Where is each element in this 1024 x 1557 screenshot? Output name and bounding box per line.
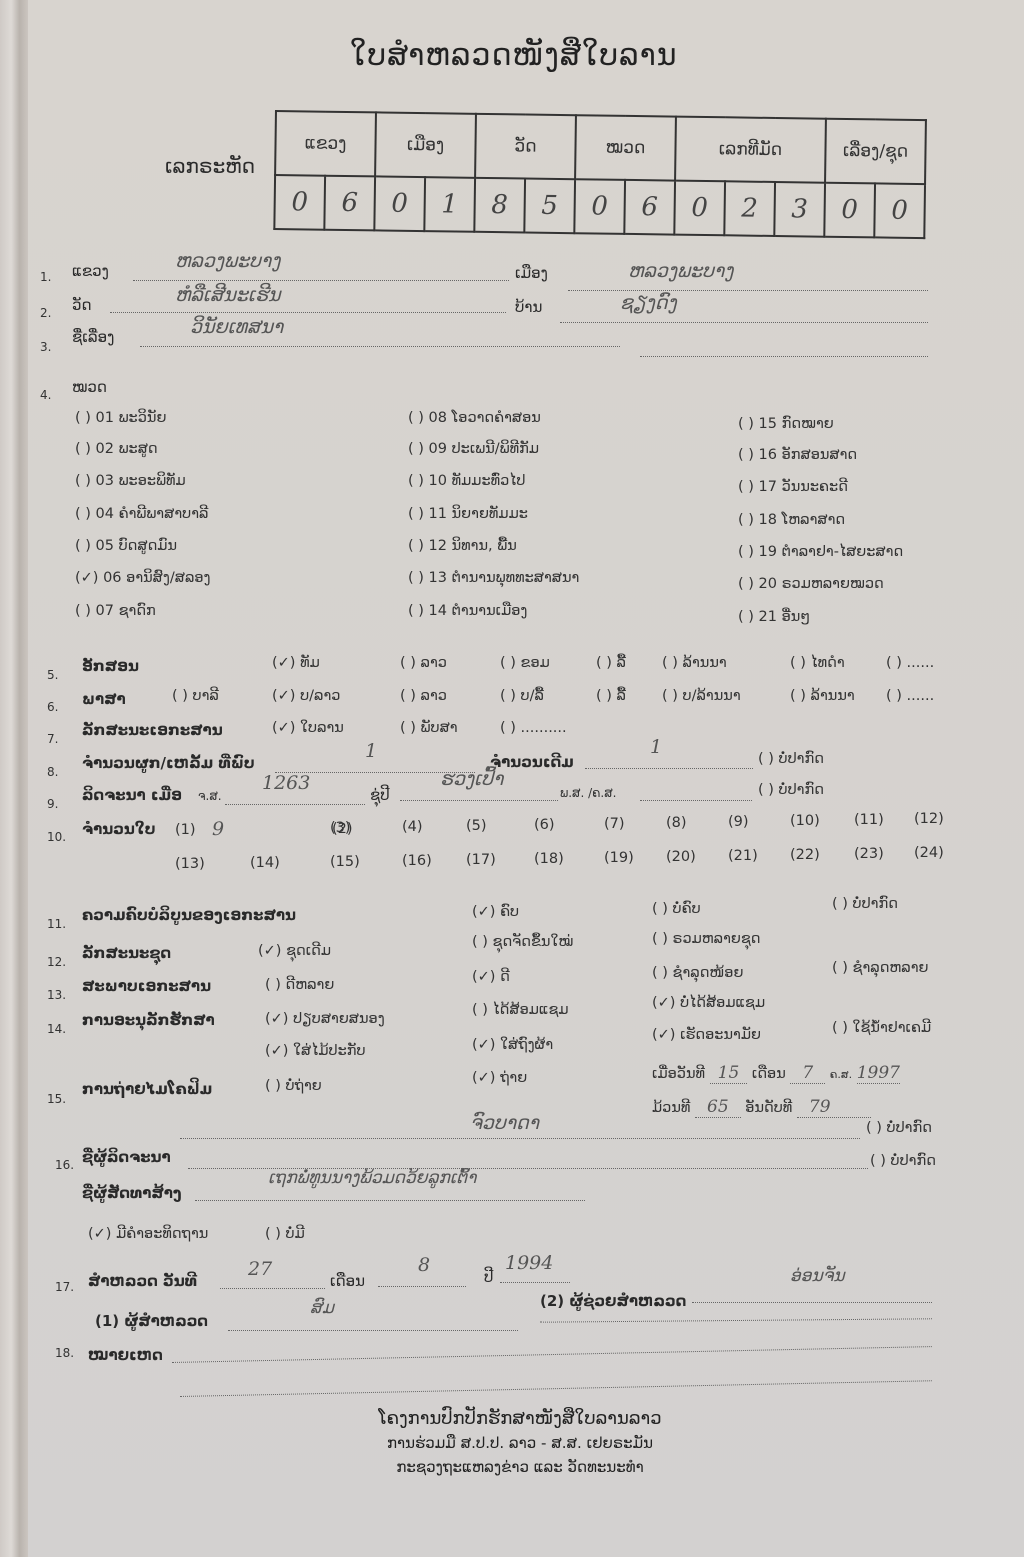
field-number: 2. [40, 306, 51, 320]
option-label: 06 ອານິສົງ/ສລອງ [103, 570, 210, 586]
district-value[interactable]: ຫລວງພະບາງ [628, 260, 733, 282]
option-label: 13 ຕຳນານພຸທທະສາສນາ [429, 570, 580, 586]
checkbox-option[interactable]: ( ) ບໍ່ຖ່າຍ [265, 1078, 322, 1094]
option-label: 10 ທັມມະທົ່ວໄປ [429, 473, 526, 489]
checked-box-icon[interactable]: (✓) [652, 1027, 680, 1043]
survey-month[interactable]: 8 [418, 1254, 430, 1276]
checkbox-option[interactable]: ( ) ລ້ານນາ [662, 655, 727, 671]
field-number: 5. [47, 668, 58, 682]
option-label: 17 ວັນນະຄະດີ [759, 479, 848, 495]
checkbox-option[interactable]: ( ) 10 ທັມມະທົ່ວໄປ [408, 473, 525, 489]
option-label: ຊຸດເດີມ [286, 943, 331, 959]
empty-box-icon[interactable]: ( ) [790, 655, 811, 671]
leaf-slot[interactable]: (20) [666, 849, 696, 865]
leaf-slot[interactable]: (7) [604, 816, 625, 832]
code-digit[interactable]: 0 [374, 176, 425, 231]
empty-box-icon[interactable]: ( ) [75, 603, 96, 619]
option-label: 09 ປະເພນີ/ພິທີກັມ [429, 441, 539, 457]
checkbox-option[interactable]: ( ) ໃຊ້ນ້ຳຢາເຄມີ [832, 1020, 931, 1036]
checkbox-option[interactable]: ( ) 09 ປະເພນີ/ພິທີກັມ [408, 441, 539, 457]
checkbox-option[interactable]: ( ) 14 ຕຳນານເມືອງ [408, 603, 527, 619]
empty-box-icon[interactable]: ( ) [596, 655, 617, 671]
option-label: ເຮັດອະນາມັຍ [680, 1027, 761, 1043]
empty-box-icon[interactable]: ( ) [738, 416, 759, 432]
empty-box-icon[interactable]: ( ) [75, 410, 96, 426]
checked-box-icon[interactable]: (✓) [472, 1070, 500, 1086]
province-value[interactable]: ຫລວງພະບາງ [175, 250, 280, 272]
option-label: ບ/ລາວ [300, 688, 340, 704]
option-label: 11 ນິຍາຍທັມມະ [429, 506, 528, 522]
field-number: 8. [47, 765, 58, 779]
sponsor-label: ຊື່ຜູ້ສັດທາສ້າງ [82, 1184, 182, 1202]
not-shown-option-16a[interactable]: ( ) ບໍ່ປາກົດ [866, 1120, 932, 1136]
code-digit[interactable]: 6 [624, 180, 675, 235]
field-number: 13. [47, 988, 66, 1002]
empty-box-icon[interactable]: ( ) [265, 1078, 286, 1094]
written-year-value[interactable]: 1263 [262, 772, 310, 794]
script-label: ອັກສອນ [82, 657, 139, 675]
empty-box-icon[interactable]: ( ) [738, 576, 759, 592]
dotted-line [640, 356, 928, 357]
empty-box-icon[interactable]: ( ) [738, 479, 759, 495]
empty-box-icon[interactable]: ( ) [738, 512, 759, 528]
checked-box-icon[interactable]: (✓) [265, 1043, 293, 1059]
option-label: ຄົບ [500, 904, 519, 920]
option-label: ພັບສາ [421, 720, 458, 736]
empty-box-icon[interactable]: ( ) [400, 655, 421, 671]
date-label: ເມື່ອວັນທີ [652, 1066, 705, 1082]
checkbox-option[interactable]: ( ) .......... [500, 720, 567, 736]
checkbox-option[interactable]: ( ) ຊຳລຸດໜ້ອຍ [652, 965, 743, 981]
option-label: ບໍ່ຖ່າຍ [286, 1078, 322, 1094]
empty-box-icon[interactable]: ( ) [75, 473, 96, 489]
empty-box-icon[interactable]: ( ) [662, 655, 683, 671]
option-label: ບໍ່ຄົບ [673, 901, 701, 917]
registration-number-label: ເລກຣະຫັດ [165, 154, 255, 178]
field-number: 15. [47, 1092, 66, 1106]
option-label: ລື້ [617, 655, 626, 671]
checkbox-option[interactable]: (✓) ດີ [472, 969, 510, 985]
checkbox-option[interactable]: ( ) ລື້ [596, 655, 626, 671]
checkbox-option[interactable]: ( ) ບໍ່ຄົບ [652, 901, 701, 917]
checkbox-option[interactable]: ( ) ພັບສາ [400, 720, 458, 736]
empty-box-icon[interactable]: ( ) [652, 965, 673, 981]
year-label: ຄ.ສ. [830, 1068, 852, 1081]
footer-project: ໂຄງການປົກປັກຮັກສາໜັງສືໃບລານລາວ [270, 1408, 770, 1429]
completeness-label: ຄວາມຄົບບໍລິບູນຂອງເອກະສານ [82, 906, 296, 924]
doc-type-label: ລັກສະນະເອກະສານ [82, 721, 223, 739]
sponsor-value[interactable]: ເຖກພໍ່ທູນນາງພ້ວມດວ້ຍລູກເຕົ້າ [268, 1168, 476, 1188]
checkbox-option[interactable]: ( ) 19 ຕຳລາຢາ-ໄສຍະສາດ [738, 544, 903, 560]
checkbox-option[interactable]: ( ) ...... [886, 655, 934, 671]
dotted-line [140, 346, 620, 347]
checkbox-option[interactable]: ( ) 12 ນິທານ, ພື້ນ [408, 538, 517, 554]
microfilm-month[interactable]: 7 [790, 1063, 825, 1084]
empty-box-icon[interactable]: ( ) [832, 1020, 853, 1036]
checkbox-option[interactable]: ( ) ລາວ [400, 655, 447, 671]
category-label: ໝວດ [72, 378, 107, 396]
checkbox-option[interactable]: (✓) ໃສ່ຖົງຜ້າ [472, 1037, 553, 1053]
option-label: ໃບລານ [300, 720, 344, 736]
order-label: ອັນດັບທີ [745, 1100, 792, 1116]
empty-box-icon[interactable]: ( ) [596, 688, 617, 704]
empty-box-icon[interactable]: ( ) [265, 1226, 286, 1242]
original-count-value[interactable]: 1 [650, 736, 662, 758]
empty-box-icon[interactable]: ( ) [500, 720, 521, 736]
option-label: ມີຄຳອະທິດຖານ [116, 1226, 208, 1242]
title-value[interactable]: ວິນັຍເທສນາ [190, 316, 283, 338]
not-shown-label: ບໍ່ປາກົດ [779, 751, 824, 767]
field-number: 3. [40, 340, 51, 354]
empty-box-icon[interactable]: ( ) [886, 655, 907, 671]
checkbox-option[interactable]: ( ) 07 ຊາດົກ [75, 603, 156, 619]
option-label: ບໍ່ມີ [286, 1226, 305, 1242]
code-digit[interactable]: 0 [574, 179, 625, 234]
empty-box-icon[interactable]: ( ) [472, 934, 493, 950]
field-number: 14. [47, 1022, 66, 1036]
dotted-line [400, 800, 558, 801]
microfilm-day[interactable]: 15 [710, 1063, 748, 1084]
option-label: 15 ກົດໝາຍ [759, 416, 834, 432]
not-shown-label: ບໍ່ປາກົດ [779, 782, 824, 798]
option-label: ຖ່າຍ [500, 1070, 527, 1086]
checkbox-option[interactable]: (✓) ຖ່າຍ [472, 1070, 527, 1086]
not-shown-label: ບໍ່ປາກົດ [891, 1153, 936, 1169]
option-label: 19 ຕຳລາຢາ-ໄສຍະສາດ [759, 544, 904, 560]
code-digit[interactable]: 0 [674, 181, 725, 236]
option-label: ໄທດຳ [811, 655, 845, 671]
option-label: ລາວ [421, 688, 447, 704]
checkbox-option[interactable]: ( ) 11 ນິຍາຍທັມມະ [408, 506, 528, 522]
checked-box-icon[interactable]: (✓) [272, 688, 300, 704]
leaf-slot[interactable]: (19) [604, 850, 634, 866]
empty-box-icon[interactable]: ( ) [408, 441, 429, 457]
option-label: 14 ຕຳນານເມືອງ [429, 603, 528, 619]
checkbox-option[interactable]: (✓) ທັມ [272, 655, 320, 671]
order-value[interactable]: 79 [797, 1097, 871, 1118]
surveyor-label: (1) ຜູ້ສຳຫລວດ [95, 1312, 208, 1330]
leaf-slot[interactable]: (11) [854, 812, 884, 828]
option-label: ຊຳລຸດຫລາຍ [853, 960, 929, 976]
dotted-line [228, 1330, 518, 1331]
microfilm-label: ການຖ່າຍໄມໂຄຟິມ [82, 1080, 212, 1098]
field-number: 7. [47, 732, 58, 746]
code-digit[interactable]: 0 [274, 175, 325, 230]
field-number: 6. [47, 700, 58, 714]
empty-box-icon[interactable]: ( ) [832, 896, 853, 912]
code-digit[interactable]: 0 [874, 183, 925, 238]
empty-box-icon[interactable]: ( ) [652, 931, 673, 947]
field-number: 18. [55, 1346, 74, 1360]
checked-box-icon[interactable]: (✓) [652, 995, 680, 1011]
leaf-slot[interactable]: (17) [466, 852, 496, 868]
code-header-row: ແຂວງ ເມືອງ ວັດ ໝວດ ເລກທີມັດ ເລື່ອງ/ຊຸດ [275, 111, 926, 184]
empty-box-icon[interactable]: ( ) [408, 570, 429, 586]
checkbox-option[interactable]: ( ) 15 ກົດໝາຍ [738, 416, 834, 432]
code-digit-row: 0 6 0 1 8 5 0 6 0 2 3 0 0 [274, 175, 925, 238]
option-label: 01 ພະວິນັຍ [96, 410, 167, 426]
code-digit[interactable]: 8 [474, 178, 525, 233]
leaf-count-value[interactable]: 9 [212, 818, 224, 840]
microfilm-reel: ມ້ວນທີ 65 ອັນດັບທີ 79 [652, 1097, 871, 1117]
code-header-province: ແຂວງ [275, 111, 376, 176]
leaf-slot[interactable]: (18) [534, 851, 564, 867]
not-shown-option-16b[interactable]: ( ) ບໍ່ປາກົດ [870, 1153, 936, 1169]
empty-box-icon[interactable]: ( ) [408, 410, 429, 426]
empty-box-icon[interactable]: ( ) [738, 447, 759, 463]
checkbox-option[interactable]: ( ) ບ/ລື້ [500, 688, 544, 704]
dotted-line [500, 1282, 570, 1283]
option-label: ຊຸດຈັດຂຶ້ນໃໝ່ [493, 934, 574, 950]
year-name-label: ຊຸ່ປີ [370, 786, 390, 804]
option-label: 20 ຣວມຫລາຍໝວດ [759, 576, 884, 592]
checkbox-option[interactable]: ( ) ບໍ່ມີ [265, 1226, 305, 1242]
survey-year-label: ປີ [484, 1268, 493, 1286]
empty-box-icon[interactable]: ( ) [662, 688, 683, 704]
empty-box-icon[interactable]: ( ) [265, 977, 286, 993]
checkbox-option[interactable]: (✓) 06 ອານິສົງ/ສລອງ [75, 570, 211, 586]
empty-box-icon[interactable]: ( ) [886, 688, 907, 704]
empty-box-icon[interactable]: ( ) [500, 655, 521, 671]
leaf-slot[interactable]: (16) [402, 853, 432, 869]
not-shown-option-8[interactable]: ( ) ບໍ່ປາກົດ [758, 751, 824, 767]
month-label: ເດືອນ [752, 1066, 786, 1082]
option-label: ຂອມ [521, 655, 550, 671]
leaf-slot[interactable]: (24) [914, 845, 944, 861]
empty-box-icon[interactable]: ( ) [652, 901, 673, 917]
option-label: 18 ໂຫລາສາດ [759, 512, 846, 528]
leaf-slot[interactable]: (21) [728, 848, 758, 864]
reel-value[interactable]: 65 [695, 1097, 741, 1118]
leaf-slot[interactable]: (14) [250, 855, 280, 871]
temple-label: ວັດ [72, 296, 92, 314]
option-label: ບໍ່ປາກົດ [853, 896, 898, 912]
leaf-slot[interactable]: (3) [330, 820, 351, 836]
checkbox-option[interactable]: ( ) ຣວມຫລາຍຊຸດ [652, 931, 761, 947]
option-label: ໃສ່ຖົງຜ້າ [500, 1037, 553, 1053]
scribe-value[interactable]: ຈົວບາດາ [470, 1112, 539, 1134]
option-label: ...... [907, 655, 935, 671]
option-label: ບ/ລື້ [521, 688, 544, 704]
empty-box-icon[interactable]: ( ) [75, 506, 96, 522]
leaf-slot[interactable]: (15) [330, 854, 360, 870]
empty-box-icon[interactable]: ( ) [472, 1002, 493, 1018]
survey-year[interactable]: 1994 [505, 1252, 553, 1274]
code-digit[interactable]: 3 [774, 182, 825, 237]
empty-box-icon[interactable]: ( ) [738, 544, 759, 560]
checked-box-icon[interactable]: (✓) [472, 969, 500, 985]
checked-box-icon[interactable]: (✓) [88, 1226, 116, 1242]
temple-value[interactable]: ຫໍລືເສີນະເຮີນ [175, 284, 281, 306]
leaf-slot[interactable]: (10) [790, 813, 820, 829]
code-digit[interactable]: 2 [724, 181, 775, 236]
form-title: ໃບສຳຫລວດໜັງສືໃບລານ [350, 38, 678, 73]
leaf-count-label: ຈຳນວນໃບ [82, 820, 156, 838]
option-label: 07 ຊາດົກ [96, 603, 156, 619]
checkbox-option[interactable]: ( ) ບ/ລ້ານນາ [662, 688, 741, 704]
checked-box-icon[interactable]: (✓) [265, 1011, 293, 1027]
checkbox-option[interactable]: ( ) 02 ພະສູດ [75, 441, 158, 457]
checkbox-option[interactable]: ( ) 13 ຕຳນານພຸທທະສາສນາ [408, 570, 579, 586]
empty-box-icon[interactable]: ( ) [172, 688, 193, 704]
empty-box-icon[interactable]: ( ) [400, 720, 421, 736]
option-label: ລ້ານນາ [811, 688, 855, 704]
field-number: 11. [47, 917, 66, 931]
checked-box-icon[interactable]: (✓) [258, 943, 286, 959]
option-label: 08 ໂອວາດຄຳສອນ [429, 410, 541, 426]
checkbox-option[interactable]: ( ) 18 ໂຫລາສາດ [738, 512, 845, 528]
dotted-line [585, 768, 753, 769]
empty-box-icon[interactable]: ( ) [500, 688, 521, 704]
village-value[interactable]: ຊຽງດົງ [620, 292, 677, 314]
checkbox-option[interactable]: ( ) ໄດ້ສ້ອມແຊມ [472, 1002, 569, 1018]
option-label: ບາລີ [193, 688, 219, 704]
field-number: 17. [55, 1280, 74, 1294]
code-header-title: ເລື່ອງ/ຊຸດ [825, 119, 926, 184]
checkbox-option[interactable]: ( ) ລື້ [596, 688, 626, 704]
year-name-value[interactable]: ຮວງເປົ້າ [440, 768, 503, 790]
checkbox-option[interactable]: ( ) 20 ຣວມຫລາຍໝວດ [738, 576, 884, 592]
leaf-slot[interactable]: (6) [534, 817, 555, 833]
checked-box-icon[interactable]: (✓) [472, 1037, 500, 1053]
dotted-line [195, 1200, 585, 1201]
checked-box-icon[interactable]: (✓) [272, 720, 300, 736]
leaf-slot[interactable]: (9) [728, 814, 749, 830]
dotted-line [110, 312, 506, 313]
checkbox-option[interactable]: ( ) ລ້ານນາ [790, 688, 855, 704]
option-label: ລາວ [421, 655, 447, 671]
assistant-label: (2) ຜູ້ຊ່ວຍສຳຫລວດ [540, 1292, 686, 1310]
option-label: ດີຫລາຍ [286, 977, 335, 993]
leaf-slot[interactable]: (12) [914, 811, 944, 827]
option-label: ...... [907, 688, 935, 704]
assistant-value[interactable]: ອ່ອນຈັນ [790, 1266, 845, 1286]
code-header-bundle: ເລກທີມັດ [675, 117, 826, 183]
field-number: 9. [47, 797, 58, 811]
era-label: ຈ.ສ. [198, 789, 222, 803]
checkbox-option[interactable]: (✓) ເຮັດອະນາມັຍ [652, 1027, 761, 1043]
leaf-slot[interactable]: (22) [790, 847, 820, 863]
checkbox-option[interactable]: ( ) ຂອມ [500, 655, 550, 671]
set-type-label: ລັກສະນະຊຸດ [82, 944, 171, 962]
option-label: ບ/ລ້ານນາ [683, 688, 741, 704]
empty-box-icon[interactable]: ( ) [408, 506, 429, 522]
empty-box-icon[interactable]: ( ) [408, 538, 429, 554]
checkbox-option[interactable]: ( ) ...... [886, 688, 934, 704]
checkbox-option[interactable]: ( ) ດີຫລາຍ [265, 977, 334, 993]
option-label: ລື້ [617, 688, 626, 704]
option-label: ໄດ້ສ້ອມແຊມ [493, 1002, 569, 1018]
checkbox-option[interactable]: ( ) 21 ອື່ນໆ [738, 609, 810, 625]
leaf-slot[interactable]: (1) [175, 822, 196, 838]
checkbox-option[interactable]: ( ) ຊຳລຸດຫລາຍ [832, 960, 928, 976]
dotted-line [180, 1138, 860, 1139]
leaf-slot[interactable]: (23) [854, 846, 884, 862]
dotted-line [640, 800, 752, 801]
language-label: ພາສາ [82, 690, 126, 708]
option-label: ບໍ່ໄດ້ສ້ອມແຊມ [680, 995, 765, 1011]
checkbox-option[interactable]: (✓) ໃບລານ [272, 720, 344, 736]
not-shown-label: ບໍ່ປາກົດ [887, 1120, 932, 1136]
survey-date-label: ສຳຫລວດ ວັນທີ [88, 1272, 197, 1290]
option-label: ປຽບສາຍສນອງ [293, 1011, 385, 1027]
code-digit[interactable]: 6 [324, 176, 375, 231]
option-label: ໃຊ້ນ້ຳຢາເຄມີ [853, 1020, 932, 1036]
empty-box-icon[interactable]: ( ) [408, 473, 429, 489]
dotted-line [560, 322, 928, 323]
empty-box-icon[interactable]: ( ) [832, 960, 853, 976]
checkbox-option[interactable]: ( ) ໄທດຳ [790, 655, 845, 671]
option-label: ລ້ານນາ [683, 655, 727, 671]
scribe-label: ຊື່ຜູ້ລິດຈະນາ [82, 1148, 171, 1166]
checkbox-option[interactable]: (✓) ປຽບສາຍສນອງ [265, 1011, 385, 1027]
empty-box-icon[interactable]: ( ) [75, 538, 96, 554]
code-digit[interactable]: 1 [424, 177, 475, 232]
registration-code-table: ແຂວງ ເມືອງ ວັດ ໝວດ ເລກທີມັດ ເລື່ອງ/ຊຸດ 0… [273, 110, 927, 239]
code-digit[interactable]: 5 [524, 178, 575, 233]
not-shown-option-9[interactable]: ( ) ບໍ່ປາກົດ [758, 782, 824, 798]
checkbox-option[interactable]: (✓) ຊຸດເດີມ [258, 943, 331, 959]
leaf-slot[interactable]: (13) [175, 856, 205, 872]
checked-box-icon[interactable]: (✓) [75, 570, 103, 586]
checkbox-option[interactable]: (✓) ຄົບ [472, 904, 519, 920]
district-label: ເມືອງ [515, 264, 548, 282]
footer-cooperation: ການຮ່ວມມື ສ.ປ.ປ. ລາວ - ສ.ສ. ເຢຍຣະມັນ [270, 1434, 770, 1452]
checkbox-option[interactable]: (✓) ບໍ່ໄດ້ສ້ອມແຊມ [652, 995, 765, 1011]
leaf-slot[interactable]: (4) [402, 819, 423, 835]
survey-day[interactable]: 27 [248, 1258, 272, 1280]
checkbox-option[interactable]: ( ) ບາລີ [172, 688, 219, 704]
leaf-slot[interactable]: (8) [666, 815, 687, 831]
era-be-ce-label: ພ.ສ. /ຄ.ສ. [560, 786, 616, 800]
leaf-slot[interactable]: (5) [466, 818, 487, 834]
dotted-line [220, 1288, 325, 1289]
field-number: 1. [40, 270, 51, 284]
empty-box-icon[interactable]: ( ) [75, 441, 96, 457]
checkbox-option[interactable]: ( ) 03 ພະອະພິທັມ [75, 473, 186, 489]
checkbox-option[interactable]: ( ) 05 ບົດສູດມົນ [75, 538, 177, 554]
checkbox-option[interactable]: (✓) ມີຄຳອະທິດຖານ [88, 1226, 208, 1242]
surveyor-value[interactable]: ສົມ [310, 1298, 334, 1318]
field-number: 4. [40, 388, 51, 402]
microfilm-date: ເມື່ອວັນທີ 15 ເດືອນ 7 ຄ.ສ. 1997 [652, 1063, 900, 1083]
checkbox-option[interactable]: ( ) 04 ຄຳພີພາສາບາລີ [75, 506, 208, 522]
empty-box-icon[interactable]: ( ) [790, 688, 811, 704]
option-label: 12 ນິທານ, ພື້ນ [429, 538, 517, 554]
microfilm-year[interactable]: 1997 [857, 1063, 900, 1084]
option-label: ໃສ່ໄມ້ປະກັບ [293, 1043, 365, 1059]
checkbox-option[interactable]: ( ) ລາວ [400, 688, 447, 704]
empty-box-icon[interactable]: ( ) [400, 688, 421, 704]
checkbox-option[interactable]: (✓) ໃສ່ໄມ້ປະກັບ [265, 1043, 366, 1059]
checkbox-option[interactable]: ( ) 08 ໂອວາດຄຳສອນ [408, 410, 541, 426]
checkbox-option[interactable]: ( ) ບໍ່ປາກົດ [832, 896, 898, 912]
empty-box-icon[interactable]: ( ) [738, 609, 759, 625]
found-count-value[interactable]: 1 [365, 740, 377, 762]
checkbox-option[interactable]: ( ) ຊຸດຈັດຂຶ້ນໃໝ່ [472, 934, 573, 950]
empty-box-icon[interactable]: ( ) [408, 603, 429, 619]
field-number: 12. [47, 955, 66, 969]
checkbox-option[interactable]: ( ) 01 ພະວິນັຍ [75, 410, 166, 426]
checkbox-option[interactable]: ( ) 16 ອັກສອນສາດ [738, 447, 857, 463]
field-number: 10. [47, 830, 66, 844]
checked-box-icon[interactable]: (✓) [472, 904, 500, 920]
checkbox-option[interactable]: (✓) ບ/ລາວ [272, 688, 340, 704]
code-digit[interactable]: 0 [824, 183, 875, 238]
checkbox-option[interactable]: ( ) 17 ວັນນະຄະດີ [738, 479, 848, 495]
option-label: 05 ບົດສູດມົນ [96, 538, 177, 554]
checked-box-icon[interactable]: (✓) [272, 655, 300, 671]
